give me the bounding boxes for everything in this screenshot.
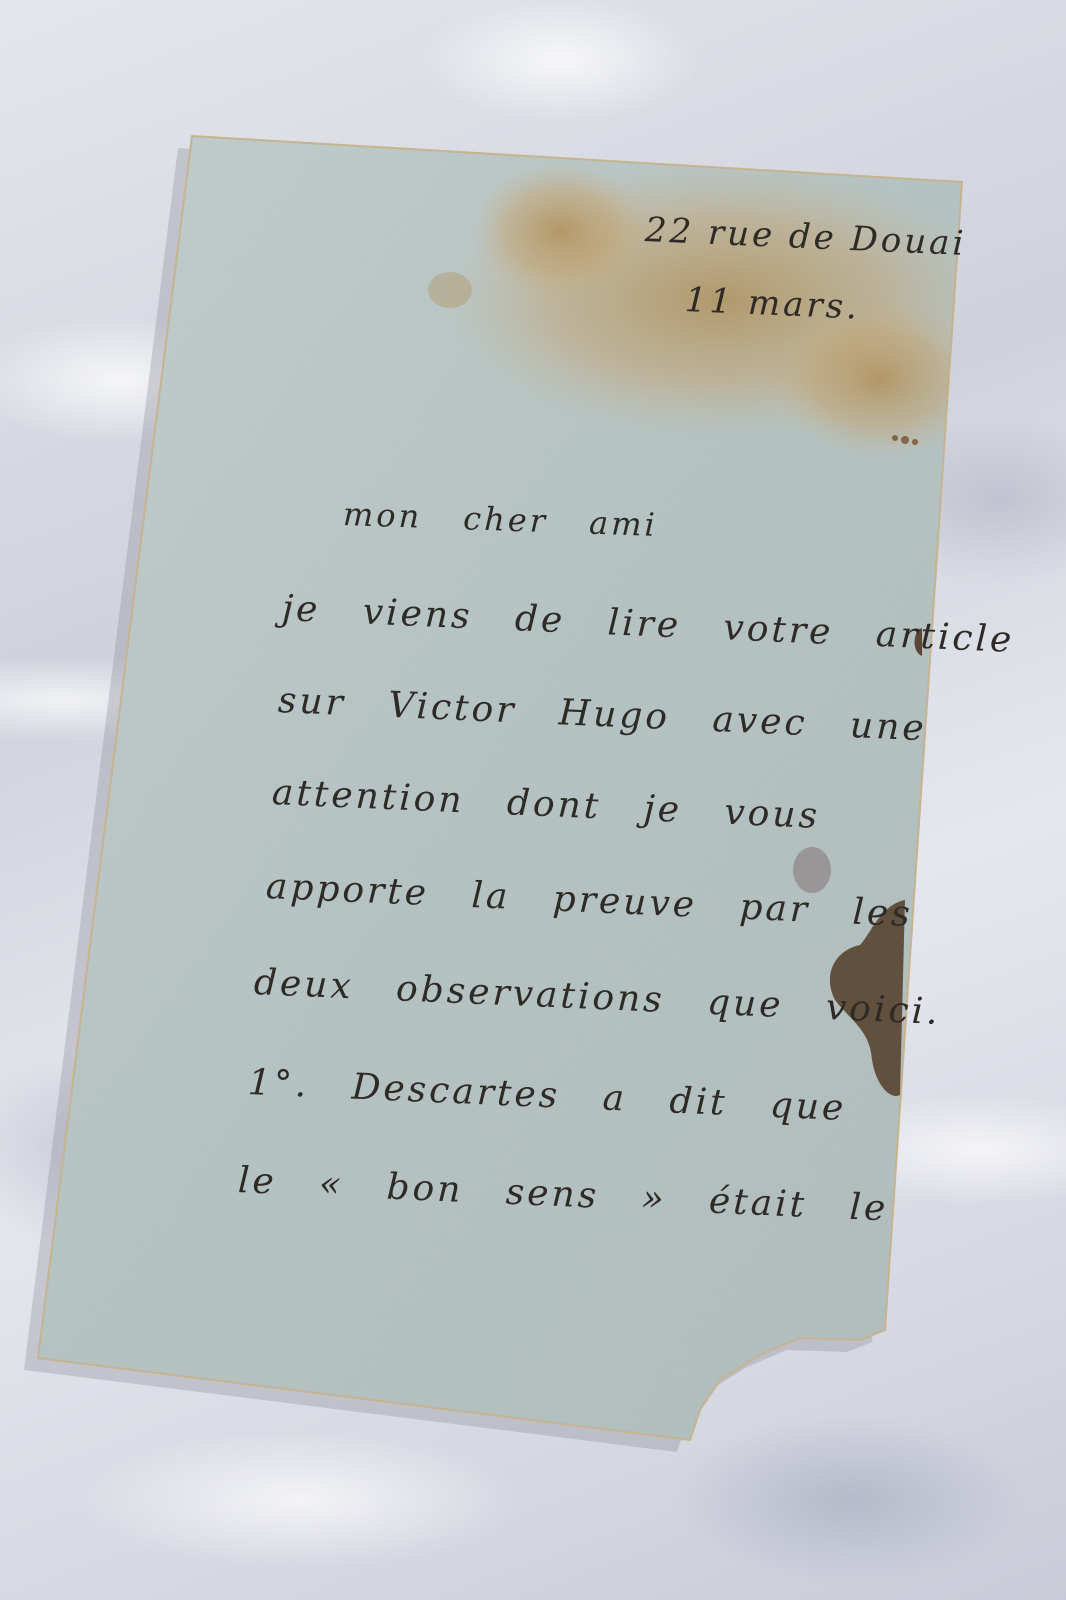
letter-line-3: attention dont je vous — [271, 772, 821, 837]
letter-salutation: mon cher ami — [342, 495, 658, 544]
photo-scene: 22 rue de Douai 11 mars. mon cher ami je… — [0, 0, 1066, 1600]
letter-line-6: 1°. Descartes a dit que — [247, 1062, 847, 1129]
letter-line-4: apporte la preuve par les — [265, 866, 914, 935]
letter-line-1: je viens de lire votre article — [281, 588, 1015, 661]
letter-line-2: sur Victor Hugo avec une — [277, 680, 927, 749]
handwritten-letter: 22 rue de Douai 11 mars. mon cher ami je… — [0, 0, 1066, 1600]
letter-address: 22 rue de Douai — [644, 210, 967, 264]
letter-line-7: le « bon sens » était le — [237, 1160, 889, 1229]
letter-line-5: deux observations que voici. — [253, 962, 941, 1033]
letter-date: 11 mars. — [684, 280, 861, 328]
